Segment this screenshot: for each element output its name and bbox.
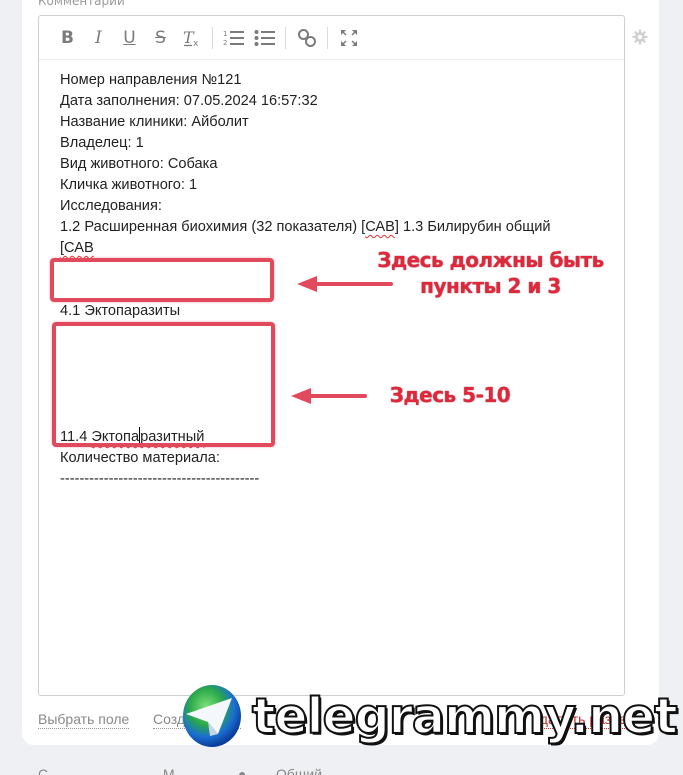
- study-line: 4.1 Эктопаразиты: [60, 301, 600, 322]
- link-icon: [297, 28, 317, 48]
- text-line: Владелец: 1: [60, 133, 600, 154]
- annotation-note-items-2-3: Здесь должны быть пункты 2 и 3: [348, 247, 633, 299]
- svg-text:1: 1: [223, 30, 227, 38]
- bulleted-list-button[interactable]: [249, 23, 280, 53]
- text-line: Номер направления №121: [60, 70, 600, 91]
- expand-icon: [340, 29, 358, 47]
- misspelled-word: САВ: [365, 219, 395, 235]
- clear-format-icon: T x: [182, 29, 202, 47]
- toolbar-separator: [212, 27, 213, 49]
- text-line: Название клиники: Айболит: [60, 112, 600, 133]
- text-line: Количество материала:: [60, 448, 600, 469]
- strikethrough-icon: S: [155, 28, 166, 48]
- watermark-text: telegrammy.net: [252, 688, 677, 745]
- underline-button[interactable]: U: [114, 23, 145, 53]
- study-line: 1.2 Расширенная биохимия (32 показателя)…: [60, 217, 600, 238]
- bold-button[interactable]: B: [52, 23, 83, 53]
- comments-label: Комментарии: [38, 0, 125, 8]
- bold-icon: B: [61, 28, 74, 48]
- italic-icon: I: [95, 28, 102, 48]
- text-line: Исследования:: [60, 196, 600, 217]
- bottom-tab[interactable]: С: [38, 766, 48, 775]
- study-text: ] 1.3 Билирубин общий: [395, 219, 551, 235]
- annotation-box-items-5-10: [52, 322, 275, 447]
- users-icon: ●: [238, 766, 246, 775]
- toolbar-separator: [285, 27, 286, 49]
- bottom-tab[interactable]: Общий: [276, 766, 322, 775]
- numbered-list-icon: 1 2: [223, 29, 245, 47]
- text-line: Вид животного: Собака: [60, 154, 600, 175]
- divider-line: ----------------------------------------…: [60, 469, 600, 490]
- text-line: Дата заполнения: 07.05.2024 16:57:32: [60, 91, 600, 112]
- misspelled-word: [САВ: [60, 240, 94, 256]
- telegram-globe-icon: [180, 684, 244, 748]
- watermark: telegrammy.net: [180, 684, 677, 748]
- gear-icon[interactable]: [632, 29, 648, 45]
- strikethrough-button[interactable]: S: [145, 23, 176, 53]
- study-text: 1.2 Расширенная биохимия (32 показателя)…: [60, 219, 365, 235]
- arrow-left-icon: [289, 385, 369, 407]
- svg-text:2: 2: [223, 39, 227, 47]
- link-button[interactable]: [291, 23, 322, 53]
- annotation-note-items-5-10: Здесь 5-10: [370, 382, 530, 408]
- select-field-link[interactable]: Выбрать поле: [38, 711, 129, 729]
- italic-button[interactable]: I: [83, 23, 114, 53]
- fullscreen-button[interactable]: [333, 23, 364, 53]
- bottom-tab[interactable]: М: [163, 766, 175, 775]
- text-line: Кличка животного: 1: [60, 175, 600, 196]
- toolbar-separator: [327, 27, 328, 49]
- editor-toolbar: B I U S T x 1 2: [39, 16, 624, 60]
- svg-text:x: x: [193, 39, 199, 47]
- clear-format-button[interactable]: T x: [176, 23, 207, 53]
- underline-icon: U: [123, 28, 135, 48]
- annotation-box-items-2-3: [50, 258, 274, 302]
- numbered-list-button[interactable]: 1 2: [218, 23, 249, 53]
- bulleted-list-icon: [254, 29, 276, 47]
